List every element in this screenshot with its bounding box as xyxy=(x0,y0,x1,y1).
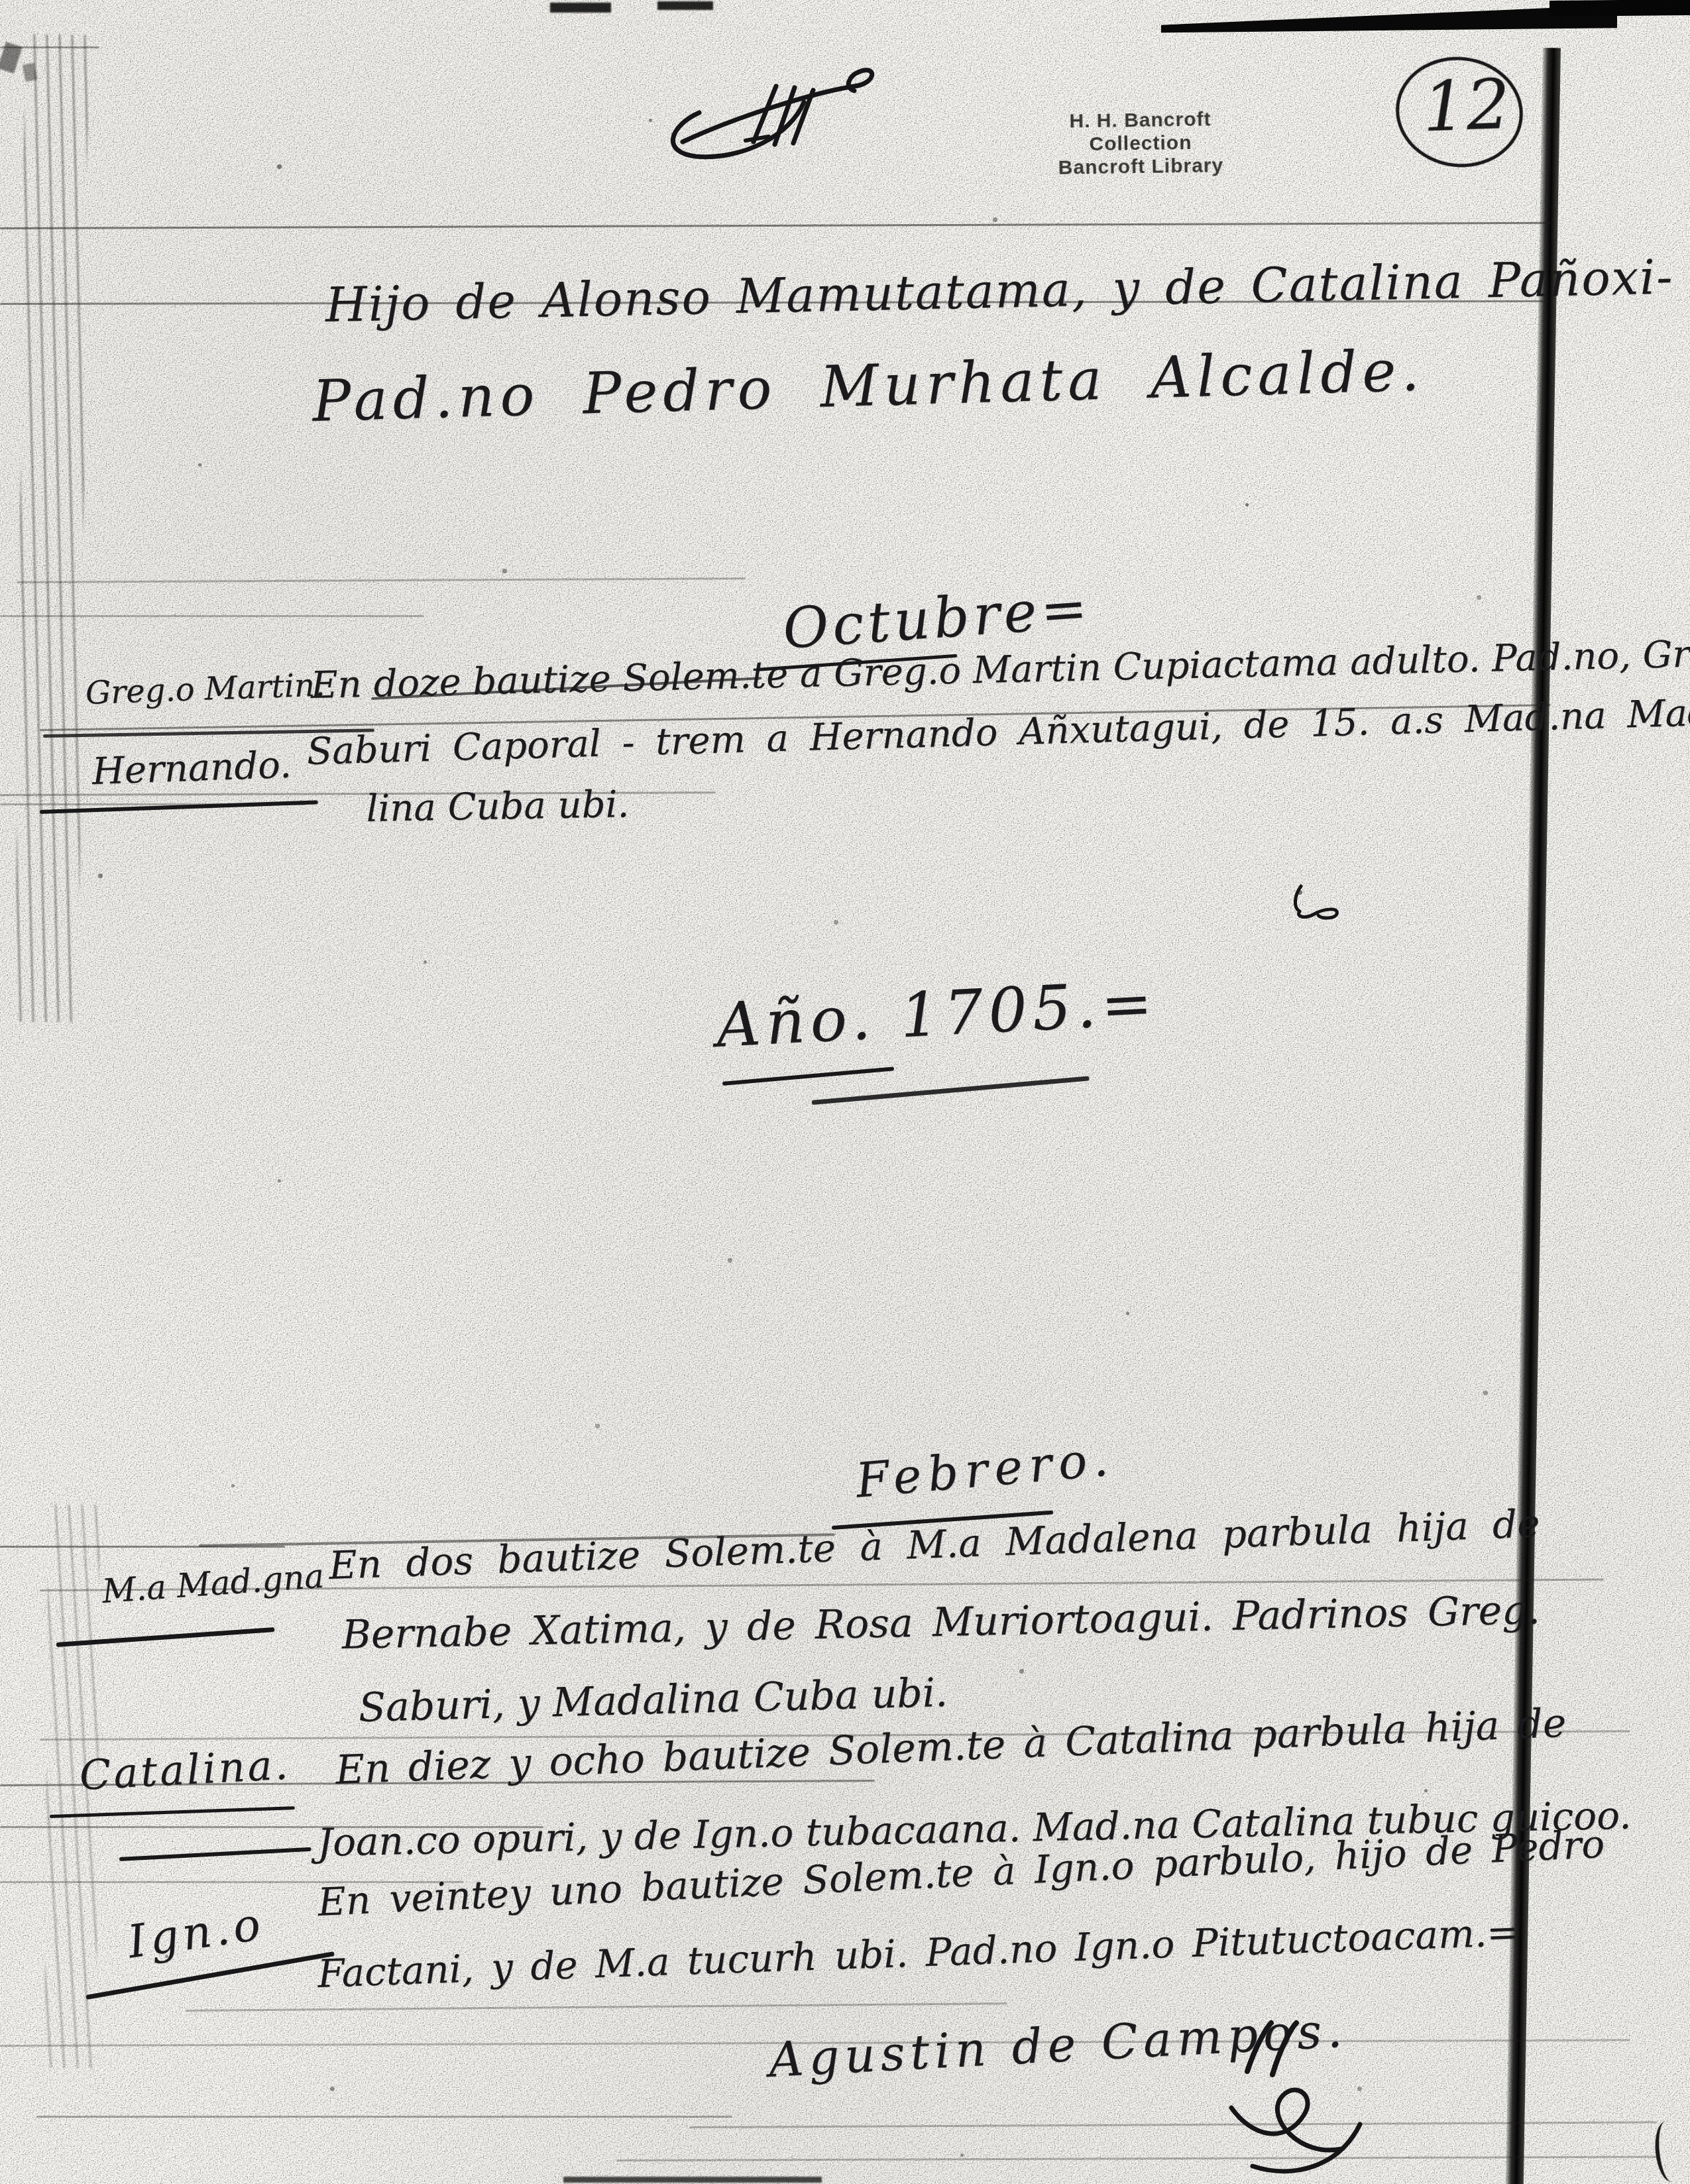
header-line-1: Hijo de Alonso Mamutatama, y de Catalina… xyxy=(325,249,1674,333)
october-entry-line-2: Saburi Caporal - trem a Hernando Añxutag… xyxy=(306,691,1690,774)
margin-underline xyxy=(85,1951,334,2000)
stamp-line-2: Bancroft Library xyxy=(1026,154,1255,180)
february-entry3-margin: Ign.o xyxy=(125,1898,268,1969)
february-entry1-line-3: Saburi, y Madalina Cuba ubi. xyxy=(358,1670,948,1731)
february-entry3-line-2: Factani, y de M.a tucurh ubi. Pad.no Ign… xyxy=(317,1910,1520,1996)
stamp-line-1: H. H. Bancroft Collection xyxy=(1025,107,1255,157)
february-entry1-line-2: Bernabe Xatima, y de Rosa Muriortoagui. … xyxy=(341,1587,1540,1658)
scan-streak xyxy=(0,46,99,48)
ink-smudge xyxy=(657,1,713,10)
ink-smudge xyxy=(550,3,611,13)
october-margin-name-2: Hernando. xyxy=(91,744,292,793)
header-line-2: Pad.no Pedro Murhata Alcalde. xyxy=(311,337,1426,435)
pen-flourish-top xyxy=(653,61,898,170)
february-entry1-margin: M.a Mad.gna xyxy=(101,1557,325,1611)
ink-smudge xyxy=(563,2177,822,2183)
page-number-badge: 12 xyxy=(1390,50,1530,174)
document-scan-page: H. H. Bancroft Collection Bancroft Libra… xyxy=(0,0,1690,2184)
scan-streak xyxy=(186,2002,1007,2012)
scan-streak xyxy=(0,222,1551,229)
top-corner-bar xyxy=(1549,0,1690,17)
margin-underline xyxy=(119,1847,311,1861)
left-crease-texture xyxy=(15,34,89,1023)
february-entry2-margin: Catalina. xyxy=(78,1740,292,1800)
margin-underline xyxy=(40,800,318,814)
october-entry-line-3: lina Cuba ubi. xyxy=(366,783,630,831)
heading-underline xyxy=(722,1066,895,1086)
scan-streak xyxy=(17,577,746,583)
paper-specks xyxy=(0,0,2,2)
scan-streak xyxy=(616,2156,1657,2161)
ink-squiggle xyxy=(1276,878,1349,925)
page-number: 12 xyxy=(1421,64,1512,148)
year-heading: Año. 1705.= xyxy=(714,967,1159,1061)
february-heading: Febrero. xyxy=(854,1430,1117,1509)
october-margin-name-1: Greg.o Martin. xyxy=(85,666,325,712)
stray-paren-mark xyxy=(1652,2120,1685,2183)
signature-rubric xyxy=(1206,2008,1392,2181)
heading-underline xyxy=(812,1076,1090,1105)
february-entry1-line-1: En dos bautize Solem.te à M.a Madalena p… xyxy=(328,1501,1541,1588)
library-stamp: H. H. Bancroft Collection Bancroft Libra… xyxy=(1025,107,1255,180)
scan-streak xyxy=(36,2116,732,2118)
scan-streak xyxy=(0,615,424,617)
top-scan-bar xyxy=(1161,3,1617,41)
